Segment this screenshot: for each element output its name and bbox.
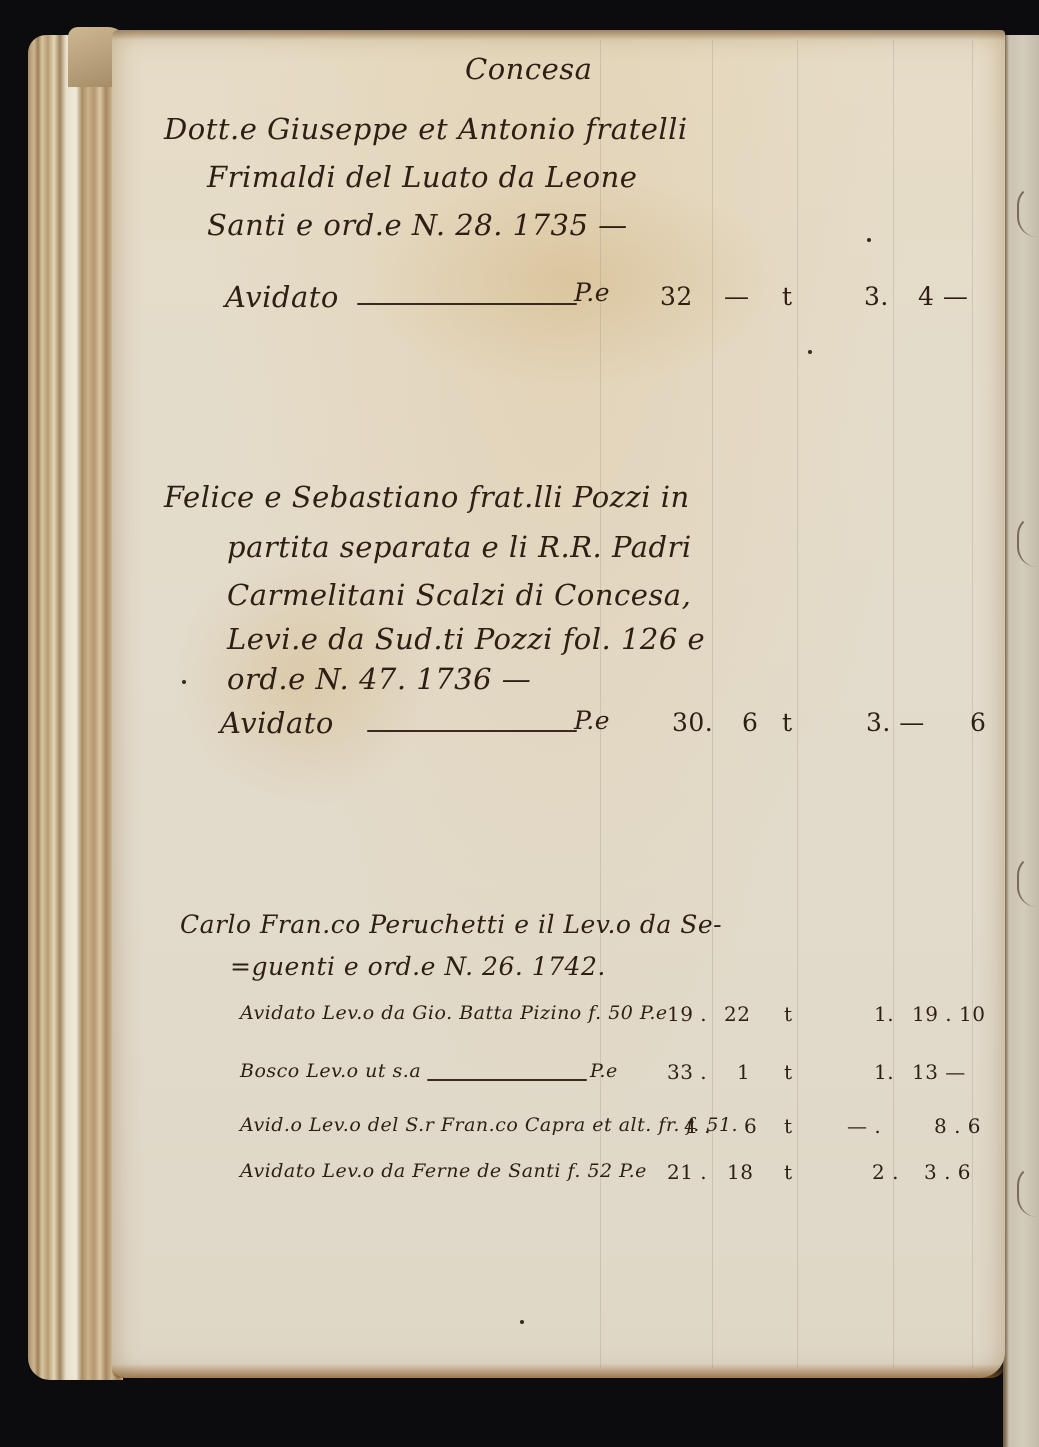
amount-col2: 6 [744,1114,757,1138]
amount-col4: — . [847,1114,881,1138]
amount-col5: 19 . 10 [912,1002,985,1026]
ink-speck [808,350,812,354]
row-label: Avidato Lev.o da Ferne de Santi f. 52 P.… [240,1160,647,1182]
ink-speck [867,238,871,242]
amount-col1: 4 . [684,1114,711,1138]
facing-page-ink-mark [1017,515,1039,567]
amount-col3: t [784,1114,793,1138]
ink-speck [182,680,186,684]
amount-col5: 8 . 6 [934,1114,981,1138]
book-leaf-edges [28,35,123,1380]
row-label: Bosco Lev.o ut s.a [240,1060,421,1082]
ledger-page: Concesa Dott.e Giuseppe et Antonio frate… [112,30,1005,1378]
amount-col5: 3 . 6 [924,1160,971,1184]
leader-line [427,1079,587,1081]
amount-col4: 1. [874,1002,894,1026]
amount-col2: 18 [727,1160,753,1184]
facing-page-ink-mark [1017,1165,1039,1217]
amount-col4: 2 . [872,1160,899,1184]
row-label: Avid.o Lev.o del S.r Fran.co Capra et al… [240,1114,738,1136]
facing-page-ink-mark [1017,185,1039,237]
ink-speck [520,1320,524,1324]
amount-col1: 33 . [667,1060,707,1084]
amount-col2: 22 [724,1002,750,1026]
row-label: Avidato Lev.o da Gio. Batta Pizino f. 50… [240,1002,668,1024]
amount-col1: 21 . [667,1160,707,1184]
entry-heading-line: =guenti e ord.e N. 26. 1742. [230,952,606,981]
ledger-entry: Carlo Fran.co Peruchetti e il Lev.o da S… [112,30,1005,1378]
amount-col1: 19 . [667,1002,707,1026]
facing-page-edge [1003,35,1039,1447]
row-marker: P.e [590,1060,618,1082]
facing-page-ink-mark [1017,855,1039,907]
amount-col5: 13 — [912,1060,966,1084]
amount-col3: t [784,1060,793,1084]
amount-col2: 1 [737,1060,750,1084]
amount-col4: 1. [874,1060,894,1084]
entry-heading-line: Carlo Fran.co Peruchetti e il Lev.o da S… [180,910,722,939]
amount-col3: t [784,1160,793,1184]
amount-col3: t [784,1002,793,1026]
